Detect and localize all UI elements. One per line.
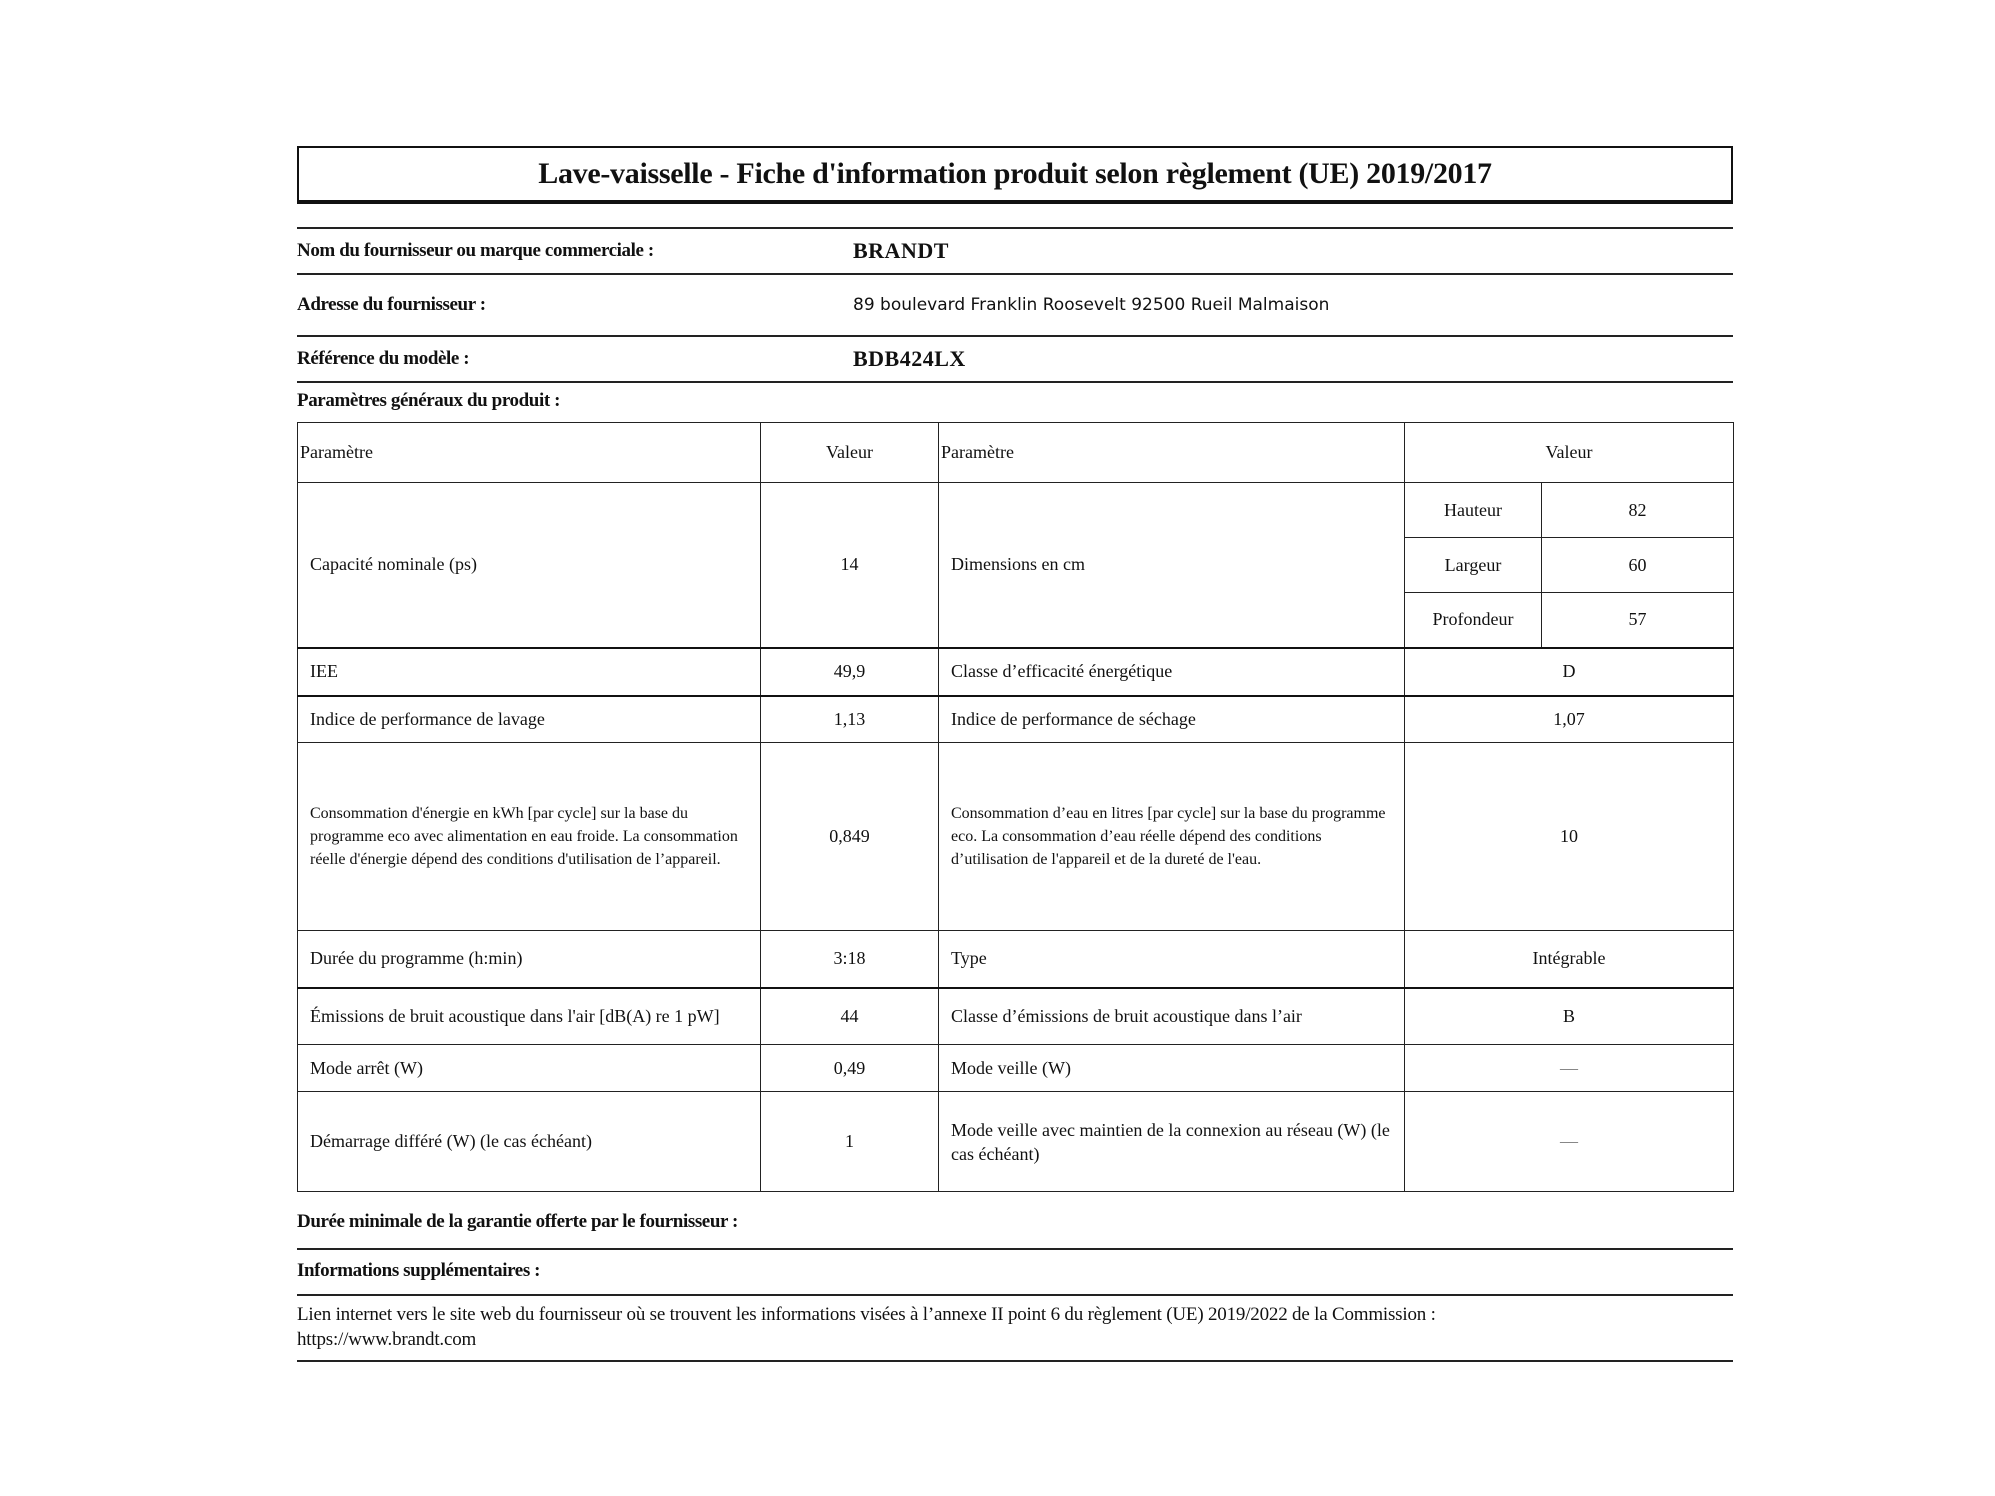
header-param-right: Paramètre: [939, 423, 1405, 483]
dimension-width-value: 60: [1542, 538, 1734, 593]
document-title: Lave-vaisselle - Fiche d'information pro…: [297, 146, 1733, 204]
table-row: IEE 49,9 Classe d’efficacité énergétique…: [298, 648, 1734, 696]
value-energy-consumption: 0,849: [761, 743, 939, 931]
value-standby-mode: —: [1405, 1045, 1734, 1092]
value-delay-start: 1: [761, 1092, 939, 1192]
param-delay-start: Démarrage différé (W) (le cas échéant): [298, 1092, 761, 1192]
general-params-table: Paramètre Valeur Paramètre Valeur Capaci…: [297, 422, 1734, 1192]
supplier-website-info: Lien internet vers le site web du fourni…: [297, 1302, 1436, 1352]
additional-info-label: Informations supplémentaires :: [297, 1260, 540, 1282]
table-header-row: Paramètre Valeur Paramètre Valeur: [298, 423, 1734, 483]
divider: [297, 1294, 1733, 1296]
param-noise-class: Classe d’émissions de bruit acoustique d…: [939, 988, 1405, 1045]
supplier-address-label: Adresse du fournisseur :: [297, 294, 853, 316]
param-energy-class: Classe d’efficacité énergétique: [939, 648, 1405, 696]
table-row: Consommation d'énergie en kWh [par cycle…: [298, 743, 1734, 931]
value-washing-index: 1,13: [761, 696, 939, 743]
table-row: Émissions de bruit acoustique dans l'air…: [298, 988, 1734, 1045]
table-row: Mode arrêt (W) 0,49 Mode veille (W) —: [298, 1045, 1734, 1092]
supplier-address-value: 89 boulevard Franklin Roosevelt 92500 Ru…: [853, 295, 1329, 315]
param-energy-consumption: Consommation d'énergie en kWh [par cycle…: [298, 743, 761, 931]
supplier-name-value: BRANDT: [853, 238, 949, 264]
value-networked-standby: —: [1405, 1092, 1734, 1192]
table-row: Capacité nominale (ps) 14 Dimensions en …: [298, 483, 1734, 538]
supplier-website-url[interactable]: https://www.brandt.com: [297, 1327, 1436, 1352]
supplier-website-description: Lien internet vers le site web du fourni…: [297, 1302, 1436, 1327]
value-capacity: 14: [761, 483, 939, 648]
param-off-mode: Mode arrêt (W): [298, 1045, 761, 1092]
param-water-consumption: Consommation d’eau en litres [par cycle]…: [939, 743, 1405, 931]
supplier-name-label: Nom du fournisseur ou marque commerciale…: [297, 240, 853, 262]
value-noise-class: B: [1405, 988, 1734, 1045]
param-networked-standby: Mode veille avec maintien de la connexio…: [939, 1092, 1405, 1192]
param-standby-mode: Mode veille (W): [939, 1045, 1405, 1092]
param-iee: IEE: [298, 648, 761, 696]
dimension-width-label: Largeur: [1405, 538, 1542, 593]
header-value-right: Valeur: [1405, 423, 1734, 483]
param-program-duration: Durée du programme (h:min): [298, 931, 761, 988]
value-off-mode: 0,49: [761, 1045, 939, 1092]
model-reference-value: BDB424LX: [853, 346, 966, 372]
dimension-height-value: 82: [1542, 483, 1734, 538]
model-reference-row: Référence du modèle : BDB424LX: [297, 337, 1733, 383]
document-title-text: Lave-vaisselle - Fiche d'information pro…: [538, 157, 1492, 191]
divider: [297, 1248, 1733, 1250]
value-type: Intégrable: [1405, 931, 1734, 988]
param-dimensions: Dimensions en cm: [939, 483, 1405, 648]
param-type: Type: [939, 931, 1405, 988]
product-information-sheet: Lave-vaisselle - Fiche d'information pro…: [297, 146, 1733, 204]
value-energy-class: D: [1405, 648, 1734, 696]
divider: [297, 1360, 1733, 1362]
warranty-label: Durée minimale de la garantie offerte pa…: [297, 1211, 738, 1233]
param-washing-index: Indice de performance de lavage: [298, 696, 761, 743]
table-row: Durée du programme (h:min) 3:18 Type Int…: [298, 931, 1734, 988]
header-param-left: Paramètre: [298, 423, 761, 483]
dimension-height-label: Hauteur: [1405, 483, 1542, 538]
model-reference-label: Référence du modèle :: [297, 348, 853, 370]
supplier-name-row: Nom du fournisseur ou marque commerciale…: [297, 229, 1733, 275]
param-noise-emissions: Émissions de bruit acoustique dans l'air…: [298, 988, 761, 1045]
value-iee: 49,9: [761, 648, 939, 696]
dimension-depth-label: Profondeur: [1405, 593, 1542, 648]
table-row: Démarrage différé (W) (le cas échéant) 1…: [298, 1092, 1734, 1192]
value-drying-index: 1,07: [1405, 696, 1734, 743]
dimension-depth-value: 57: [1542, 593, 1734, 648]
param-capacity: Capacité nominale (ps): [298, 483, 761, 648]
header-value-left: Valeur: [761, 423, 939, 483]
table-row: Indice de performance de lavage 1,13 Ind…: [298, 696, 1734, 743]
value-noise-emissions: 44: [761, 988, 939, 1045]
value-water-consumption: 10: [1405, 743, 1734, 931]
general-params-label: Paramètres généraux du produit :: [297, 390, 560, 412]
value-program-duration: 3:18: [761, 931, 939, 988]
supplier-address-row: Adresse du fournisseur : 89 boulevard Fr…: [297, 275, 1733, 337]
param-drying-index: Indice de performance de séchage: [939, 696, 1405, 743]
